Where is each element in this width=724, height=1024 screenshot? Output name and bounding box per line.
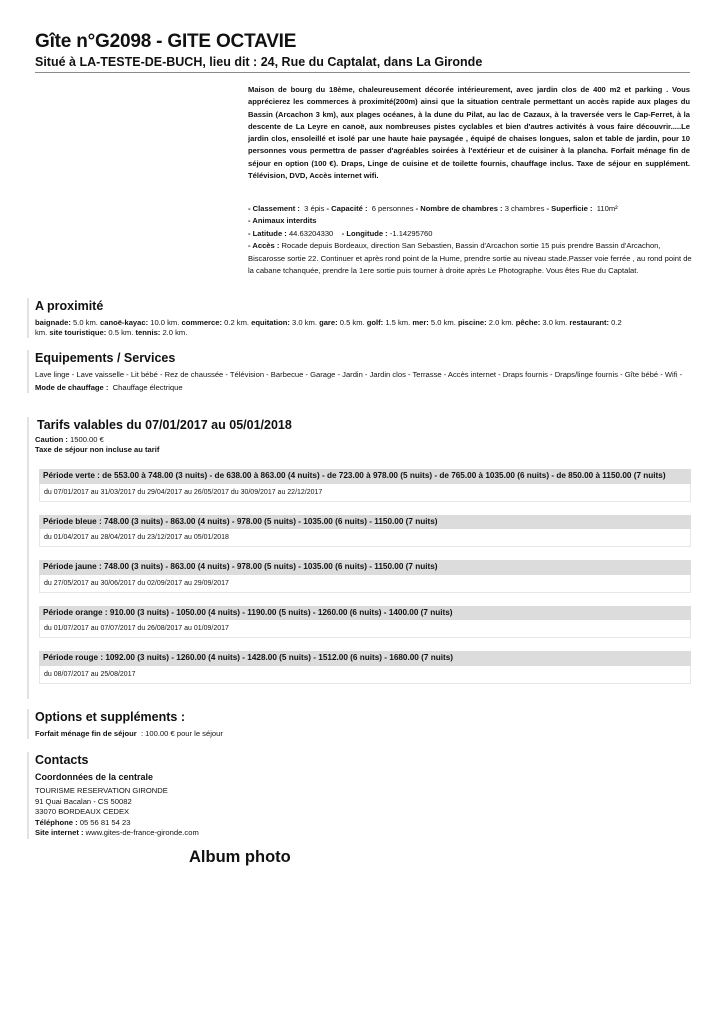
proximite-item-label: equitation: (251, 318, 290, 327)
proximite-item: canoë-kayac: 10.0 km. (100, 318, 181, 327)
contacts-title: Contacts (35, 752, 335, 768)
chauffage-label: Mode de chauffage : (35, 383, 108, 392)
period-dates: du 08/07/2017 au 25/08/2017 (39, 666, 691, 684)
proximite-item: pêche: 3.0 km. (516, 318, 570, 327)
proximite-item-value: 1.5 km. (383, 318, 412, 327)
longitude-label: - Longitude : (342, 229, 388, 238)
proximite-item-value: 3.0 km. (290, 318, 319, 327)
capacite-label: - Capacité : (327, 204, 368, 213)
proximite-item: commerce: 0.2 km. (181, 318, 251, 327)
option-label: Forfait ménage fin de séjour (35, 729, 137, 738)
contact-address-2: 33070 BORDEAUX CEDEX (35, 807, 335, 818)
classement-value: 3 épis (304, 204, 324, 213)
period-block: Période bleue : 748.00 (3 nuits) - 863.0… (39, 515, 691, 548)
phone-value[interactable]: 05 56 81 54 23 (80, 818, 131, 827)
proximite-item-value: 10.0 km. (148, 318, 181, 327)
period-block: Période verte : de 553.00 à 748.00 (3 nu… (39, 469, 691, 502)
proximite-item-value: 5.0 km. (429, 318, 458, 327)
section-contacts: Contacts Coordonnées de la centrale TOUR… (27, 752, 335, 839)
album-title: Album photo (189, 848, 291, 867)
period-block: Période orange : 910.00 (3 nuits) - 1050… (39, 606, 691, 639)
contact-name: TOURISME RESERVATION GIRONDE (35, 786, 335, 797)
superficie-value: 110m² (597, 204, 618, 213)
tarifs-title: Tarifs valables du 07/01/2017 au 05/01/2… (37, 417, 700, 433)
properties: - Classement : 3 épis - Capacité : 6 per… (248, 203, 693, 277)
proximite-item: baignade: 5.0 km. (35, 318, 100, 327)
proximite-item-label: mer: (412, 318, 428, 327)
latitude-label: - Latitude : (248, 229, 287, 238)
proximite-item-value: 0.5 km. (338, 318, 367, 327)
taxe-info: Taxe de séjour non incluse au tarif (35, 445, 700, 455)
superficie-label: - Superficie : (547, 204, 593, 213)
period-header: Période verte : de 553.00 à 748.00 (3 nu… (39, 469, 691, 484)
proximite-item: mer: 5.0 km. (412, 318, 458, 327)
proximite-item: site touristique: 0.5 km. (49, 328, 135, 337)
latitude-value: 44.63204330 (289, 229, 333, 238)
contact-details: TOURISME RESERVATION GIRONDE 91 Quai Bac… (35, 786, 335, 839)
caution-label: Caution : (35, 435, 68, 444)
period-header: Période orange : 910.00 (3 nuits) - 1050… (39, 606, 691, 621)
equipements-list: Lave linge - Lave vaisselle - Lit bébé -… (35, 370, 690, 380)
proximite-item-value: 2.0 km. (160, 328, 187, 337)
proximite-item-label: gare: (319, 318, 338, 327)
proximite-item-value: 3.0 km. (540, 318, 569, 327)
coordinates: - Latitude : 44.63204330 - Longitude : -… (248, 228, 693, 240)
proximite-item-label: piscine: (458, 318, 487, 327)
classement-label: - Classement : (248, 204, 300, 213)
proximite-item: equitation: 3.0 km. (251, 318, 319, 327)
period-dates: du 01/04/2017 au 28/04/2017 du 23/12/201… (39, 529, 691, 547)
chambres-label: - Nombre de chambres : (416, 204, 503, 213)
proximite-item-label: restaurant: (569, 318, 609, 327)
option-item: Forfait ménage fin de séjour : 100.00 € … (35, 729, 335, 739)
caution-value: 1500.00 € (70, 435, 104, 444)
contact-site: Site internet : www.gites-de-france-giro… (35, 828, 335, 839)
caution-info: Caution : 1500.00 € (35, 435, 700, 445)
period-header: Période rouge : 1092.00 (3 nuits) - 1260… (39, 651, 691, 666)
proximite-item: tennis: 2.0 km. (135, 328, 187, 337)
contact-address-1: 91 Quai Bacalan - CS 50082 (35, 797, 335, 808)
animaux-info: - Animaux interdits (248, 216, 317, 225)
option-unit: pour le séjour (177, 729, 223, 738)
site-link[interactable]: www.gites-de-france-gironde.com (86, 828, 199, 837)
page-title: Gîte n°G2098 - GITE OCTAVIE (35, 30, 690, 54)
phone-label: Téléphone : (35, 818, 78, 827)
proximite-item-value: 2.0 km. (487, 318, 516, 327)
proximite-item-value: 0.5 km. (106, 328, 135, 337)
proximite-item-label: pêche: (516, 318, 540, 327)
proximite-item-value: 5.0 km. (71, 318, 100, 327)
option-value: : 100.00 € (141, 729, 175, 738)
period-header: Période bleue : 748.00 (3 nuits) - 863.0… (39, 515, 691, 530)
page-header: Gîte n°G2098 - GITE OCTAVIE Situé à LA-T… (35, 30, 690, 70)
period-block: Période jaune : 748.00 (3 nuits) - 863.0… (39, 560, 691, 593)
proximite-item: golf: 1.5 km. (367, 318, 413, 327)
proximite-item: piscine: 2.0 km. (458, 318, 516, 327)
header-divider (35, 72, 690, 73)
period-block: Période rouge : 1092.00 (3 nuits) - 1260… (39, 651, 691, 684)
contact-phone: Téléphone : 05 56 81 54 23 (35, 818, 335, 829)
period-dates: du 07/01/2017 au 31/03/2017 du 29/04/201… (39, 484, 691, 502)
proximite-title: A proximité (35, 298, 695, 314)
contacts-subtitle: Coordonnées de la centrale (35, 771, 335, 783)
description: Maison de bourg du 18ème, chaleureusemen… (248, 84, 690, 182)
acces-label: - Accès : (248, 241, 279, 250)
periods-list: Période verte : de 553.00 à 748.00 (3 nu… (39, 469, 691, 697)
proximite-item-value: 0.2 km. (222, 318, 251, 327)
longitude-value: -1.14295760 (390, 229, 433, 238)
period-dates: du 01/07/2017 au 07/07/2017 du 26/08/201… (39, 620, 691, 638)
properties-line-1: - Classement : 3 épis - Capacité : 6 per… (248, 203, 693, 215)
proximite-list: baignade: 5.0 km. canoë-kayac: 10.0 km. … (35, 318, 635, 338)
proximite-item-label: commerce: (181, 318, 222, 327)
period-dates: du 27/05/2017 au 30/06/2017 du 02/09/201… (39, 575, 691, 593)
acces-value: Rocade depuis Bordeaux, direction San Se… (248, 241, 692, 275)
chauffage-info: Mode de chauffage : Chauffage électrique (35, 383, 695, 393)
capacite-value: 6 personnes (372, 204, 414, 213)
chauffage-value: Chauffage électrique (113, 383, 183, 392)
options-title: Options et suppléments : (35, 709, 335, 725)
proximite-item-label: golf: (367, 318, 383, 327)
period-header: Période jaune : 748.00 (3 nuits) - 863.0… (39, 560, 691, 575)
section-tarifs: Tarifs valables du 07/01/2017 au 05/01/2… (27, 417, 700, 699)
chambres-value: 3 chambres (505, 204, 545, 213)
site-label: Site internet : (35, 828, 84, 837)
proximite-item-label: canoë-kayac: (100, 318, 148, 327)
page-subtitle: Situé à LA-TESTE-DE-BUCH, lieu dit : 24,… (35, 54, 690, 70)
section-options: Options et suppléments : Forfait ménage … (27, 709, 335, 739)
section-equipements: Equipements / Services Lave linge - Lave… (27, 350, 695, 393)
equipements-title: Equipements / Services (35, 350, 695, 366)
proximite-item-label: tennis: (135, 328, 160, 337)
acces-info: - Accès : Rocade depuis Bordeaux, direct… (248, 240, 693, 277)
proximite-item-label: baignade: (35, 318, 71, 327)
proximite-item-label: site touristique: (49, 328, 106, 337)
section-proximite: A proximité baignade: 5.0 km. canoë-kaya… (27, 298, 695, 338)
proximite-item: gare: 0.5 km. (319, 318, 367, 327)
